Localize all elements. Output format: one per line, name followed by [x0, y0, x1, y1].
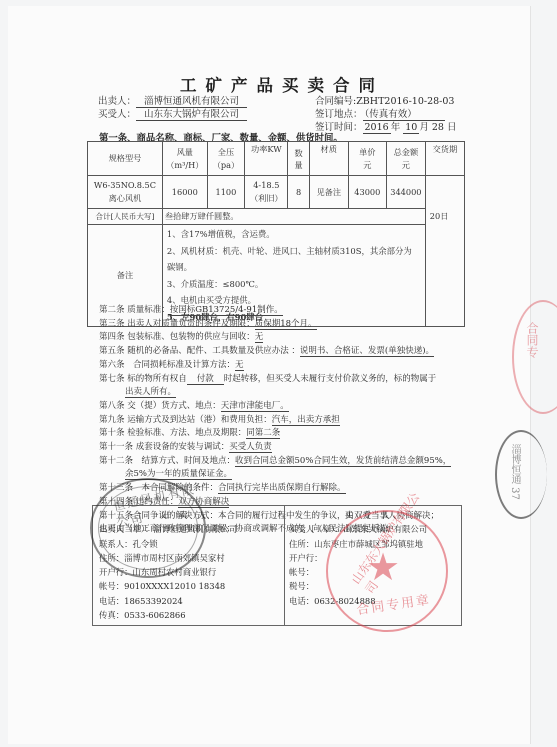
table-row: W6-35NO.8.5C离心风机 16000 1100 4-18.5（利旧） 8…: [88, 176, 465, 209]
clause-value: 出卖人所有。: [125, 387, 176, 398]
clause-row: 第二条 质量标准：按国标GB13725/4-91制作。: [99, 304, 519, 318]
contract-title: 工矿产品买卖合同: [180, 72, 384, 96]
clause-label: 第十条 检验标准、方法、地点及期限：: [99, 428, 246, 438]
edge-black-stamp-text: 淄博恒通 37: [507, 444, 522, 500]
clause-value: 收到合同总金额50%合同生效，发货前结清总金额95%，: [235, 456, 451, 467]
clause-value: 买受人负责: [229, 442, 272, 453]
clause-suffix: 时起转移，但买受人未履行支付价款义务的，标的物属于: [224, 374, 437, 384]
contract-number-label: 合同编号:: [315, 96, 356, 107]
clause-label: 第四条 包装标准、包装物的供应与回收：: [99, 332, 255, 342]
clause-value: 汽车，出卖方承担: [272, 415, 340, 426]
total-label: 合计[人民币大写]: [88, 209, 163, 225]
cell-model: W6-35NO.8.5C离心风机: [88, 176, 163, 209]
seller-name: 淄博恒通风机有限公司: [136, 96, 247, 108]
buyer-name: 山东东大锅炉有限公司: [136, 109, 247, 121]
header-delivery: 交货期: [425, 142, 464, 176]
clause-label: 第六条 合同损耗标准及计算方法：: [99, 360, 235, 370]
seller-signature-block: 出卖人 出卖人（章）：淄博恒通风机有限公司 联系人：孔令锁 住所：淄博市周村区南…: [92, 505, 285, 626]
header-qty: 数量: [288, 142, 309, 176]
clause-row: 第八条 交（提）货方式、地点：天津市津能电厂。: [99, 400, 519, 414]
clause-row: 第十一条 成套设备的安装与调试：买受人负责: [99, 441, 519, 455]
contract-number-line: 合同编号:ZBHT2016-10-28-03: [315, 96, 454, 108]
cell-pressure: 1100: [207, 176, 244, 209]
seller-block-heading: 出卖人: [93, 508, 284, 522]
cell-material: 见备注: [309, 176, 348, 209]
remark-item: 2、风机材质：机壳、叶轮、进风口、主轴材质310S，其余部分为: [167, 243, 423, 260]
header-model: 规格型号: [88, 142, 163, 176]
header-unit-price-unit: 元: [351, 159, 384, 172]
header-total-unit: 元: [389, 159, 423, 172]
remark-item: 1、含17%增值税，含运费。: [167, 226, 423, 243]
seller-line: 出卖人：淄博恒通风机有限公司: [98, 96, 247, 108]
clause-row: 第四条 包装标准、包装物的供应与回收：无: [99, 331, 519, 345]
clause-row: 第五条 随机的必备品、配件、工具数量及供应办法 ：说明书、合格证、发票(单独快递…: [99, 345, 519, 359]
clause-row: 第三条 出卖人对质量负责的条件及期限：质保期18个月。: [99, 318, 519, 332]
buyer-label: 买受人：: [98, 109, 136, 120]
remark-item: 碳钢。: [167, 259, 423, 276]
buyer-line: 买受人：山东东大锅炉有限公司: [98, 109, 247, 121]
header-unit-price-label: 单价: [351, 146, 384, 159]
header-total: 总金额元: [387, 142, 426, 176]
clause-label: 第九条 运输方式及到达站（港）和费用负担：: [99, 415, 272, 425]
buyer-account-line: 帐号：: [283, 565, 461, 579]
header-pressure-unit: （pa）: [210, 159, 242, 172]
buyer-address-line: 住所：山东枣庄市薛城区邹坞镇驻地: [283, 537, 461, 551]
power-line-2: （利旧）: [247, 192, 285, 205]
header-material: 材质: [309, 142, 348, 176]
header-total-label: 总金额: [389, 146, 423, 159]
buyer-signature-block: 买受人 买受人（章）：山东东大锅炉有限公司 住所：山东枣庄市薛城区邹坞镇驻地 开…: [283, 505, 462, 626]
clause-value: 同第二条: [246, 428, 280, 439]
sign-place: （传真有效）: [363, 109, 445, 121]
total-row: 合计[人民币大写] 叁拾肆万肆仟圆整。: [88, 209, 465, 225]
clause-label: 第三条 出卖人对质量负责的条件及期限：: [99, 319, 255, 329]
clause-label: 第十一条 成套设备的安装与调试：: [99, 442, 229, 452]
clause-value: 合同执行完毕出质保期自行解除。: [218, 483, 346, 494]
clause-value: 余5%为一年的质量保证金。: [125, 469, 232, 480]
header-airflow-unit: （m³/H）: [165, 159, 205, 172]
buyer-block-heading: 买受人: [283, 508, 461, 522]
seller-company-line: 出卖人（章）：淄博恒通风机有限公司: [93, 522, 284, 536]
clause-value: 按国标GB13725/4-91制作。: [170, 305, 283, 316]
clause-row: 出卖人所有。: [99, 386, 519, 400]
edge-black-stamp-icon: 淄博恒通 37: [495, 430, 547, 519]
buyer-company-line: 买受人（章）：山东东大锅炉有限公司: [283, 522, 461, 536]
clause-label: 第八条 交（提）货方式、地点：: [99, 401, 221, 411]
clause-row: 第十二条 结算方式、时间及地点：收到合同总金额50%合同生效，发货前结清总金额9…: [99, 455, 519, 469]
header-power: 功率KW: [245, 142, 288, 176]
clause-row: 第九条 运输方式及到达站（港）和费用负担：汽车，出卖方承担: [99, 414, 519, 428]
clause-row: 第七条 标的物所有权自付款时起转移，但买受人未履行支付价款义务的，标的物属于: [99, 373, 519, 387]
seller-phone-line: 电话：18653392024: [93, 594, 284, 608]
header-airflow: 风量（m³/H）: [162, 142, 207, 176]
header-unit-price: 单价元: [348, 142, 386, 176]
power-line-1: 4-18.5: [247, 179, 285, 192]
clause-value: 天津市津能电厂。: [221, 401, 289, 412]
cell-airflow: 16000: [162, 176, 207, 209]
table-header-row: 规格型号 风量（m³/H） 全压（pa） 功率KW 数量 材质 单价元 总金额元…: [88, 142, 465, 176]
header-pressure: 全压（pa）: [207, 142, 244, 176]
clause-row: 第十条 检验标准、方法、地点及期限：同第二条: [99, 427, 519, 441]
clause-value: 说明书、合格证、发票(单独快递)。: [300, 346, 434, 357]
edge-red-stamp-text: 合同专: [524, 322, 541, 358]
header-airflow-label: 风量: [165, 146, 205, 159]
sign-year: 2016: [363, 122, 391, 134]
header-qty-label: 数量: [294, 147, 303, 171]
seller-account-line: 帐号：9010XXXX12010 18348: [93, 579, 284, 593]
clause-value: 质保期18个月。: [255, 319, 317, 330]
seller-fax-line: 传真：0533-6062866: [93, 608, 284, 622]
clause-label: 第二条 质量标准：: [99, 305, 170, 315]
clause-row: 第十三条 本合同解除的条件：合同执行完毕出质保期自行解除。: [99, 482, 519, 496]
buyer-tax-line: 税号：: [283, 579, 461, 593]
sign-place-line: 签订地点：（传真有效）: [315, 109, 445, 121]
seller-bank-line: 开户行：山东周村农村商业银行: [93, 565, 284, 579]
buyer-bank-line: 开户行：: [283, 551, 461, 565]
cell-power: 4-18.5（利旧）: [245, 176, 288, 209]
clause-label: 第十二条 结算方式、时间及地点：: [99, 456, 235, 466]
cell-qty: 8: [288, 176, 309, 209]
clause-label: 第七条 标的物所有权自: [99, 374, 187, 384]
year-char: 年: [391, 122, 401, 133]
buyer-phone-line: 电话：0632-8024888: [283, 594, 461, 608]
goods-table: 规格型号 风量（m³/H） 全压（pa） 功率KW 数量 材质 单价元 总金额元…: [87, 141, 465, 327]
sign-month: 10: [403, 122, 419, 134]
clause-row: 第六条 合同损耗标准及计算方法：无: [99, 359, 519, 373]
clause-label: 第五条 随机的必备品、配件、工具数量及供应办法 ：: [99, 346, 300, 356]
cell-unit-price: 43000: [348, 176, 386, 209]
model-line-2: 离心风机: [90, 192, 160, 205]
clause-value: 无: [255, 332, 264, 343]
clause-label: 第十三条 本合同解除的条件：: [99, 483, 218, 493]
sign-place-label: 签订地点：: [315, 109, 363, 120]
clause-value: 无: [235, 360, 244, 371]
model-line-1: W6-35NO.8.5C: [90, 179, 160, 192]
clause-value: 付款: [187, 374, 224, 385]
clauses-list: 第二条 质量标准：按国标GB13725/4-91制作。第三条 出卖人对质量负责的…: [99, 304, 519, 537]
seller-contact-line: 联系人：孔令锁: [93, 537, 284, 551]
day-char: 日: [447, 122, 457, 133]
cell-total: 344000: [387, 176, 426, 209]
remark-item: 3、介质温度：≤800℃。: [167, 276, 423, 293]
clause-row: 余5%为一年的质量保证金。: [99, 468, 519, 482]
seller-label: 出卖人：: [98, 96, 136, 107]
month-char: 月: [419, 122, 429, 133]
total-value: 叁拾肆万肆仟圆整。: [162, 209, 425, 225]
seller-address-line: 住所：淄博市周村区南郊镇吴家村: [93, 551, 284, 565]
contract-number: ZBHT2016-10-28-03: [356, 96, 454, 107]
sign-day: 28: [432, 122, 444, 133]
header-pressure-label: 全压: [210, 146, 242, 159]
